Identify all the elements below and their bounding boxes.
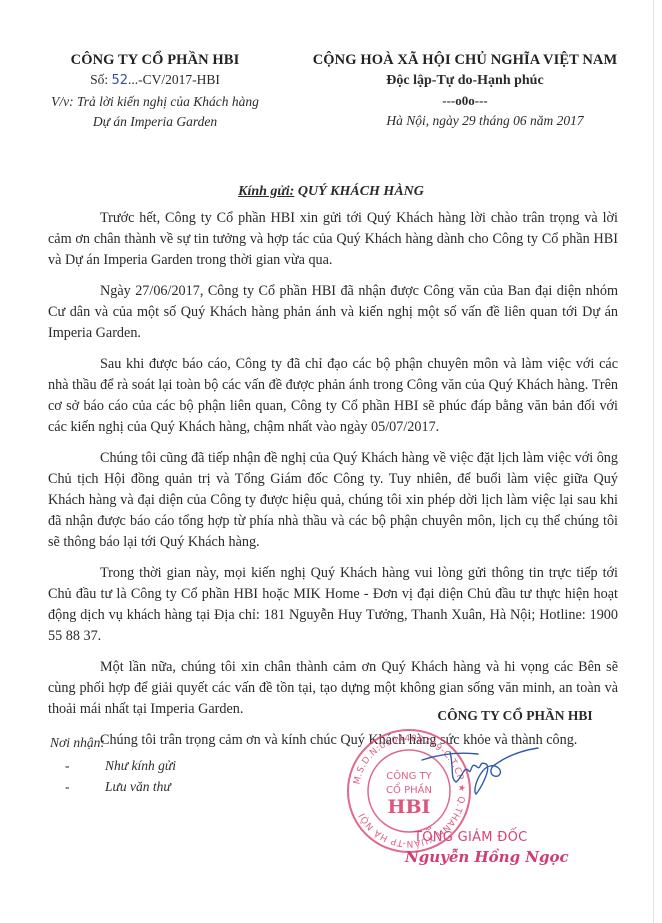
salutation-label: Kính gửi: <box>238 184 294 199</box>
national-motto: Độc lập-Tự do-Hạnh phúc <box>300 73 630 89</box>
recipient-item: - Như kính gửi <box>65 755 176 776</box>
signer-name: Nguyễn Hồng Ngọc <box>405 848 569 866</box>
signer-title: TỔNG GIÁM ĐỐC <box>414 830 528 845</box>
signer-company: CÔNG TY CỔ PHẦN HBI <box>420 708 610 724</box>
paragraph: Ngày 27/06/2017, Công ty Cổ phần HBI đã … <box>48 281 618 344</box>
handwritten-number: 52 <box>111 73 128 88</box>
svg-text:HBI: HBI <box>388 796 431 818</box>
nation-title: CỘNG HOÀ XÃ HỘI CHỦ NGHĨA VIỆT NAM <box>300 52 630 69</box>
paragraph: Trong thời gian này, mọi kiến nghị Quý K… <box>48 563 618 647</box>
subject-line-1: V/v: Trả lời kiến nghị của Khách hàng <box>30 92 280 112</box>
bullet-dash: - <box>65 776 105 797</box>
place-date: Hà Nội, ngày 29 tháng 06 năm 2017 <box>300 113 630 129</box>
salutation-recipient: QUÝ KHÁCH HÀNG <box>294 184 424 199</box>
subject-line-2: Dự án Imperia Garden <box>30 112 280 132</box>
document-number: Số: 52...-CV/2017-HBI <box>30 69 280 92</box>
header-left: CÔNG TY CỔ PHẦN HBI Số: 52...-CV/2017-HB… <box>30 52 280 132</box>
paragraph: Sau khi được báo cáo, Công ty đã chỉ đạo… <box>48 354 618 438</box>
company-name: CÔNG TY CỔ PHẦN HBI <box>30 52 280 69</box>
paragraph: Trước hết, Công ty Cổ phần HBI xin gửi t… <box>48 208 618 271</box>
salutation: Kính gửi: QUÝ KHÁCH HÀNG <box>0 184 662 200</box>
header-right: CỘNG HOÀ XÃ HỘI CHỦ NGHĨA VIỆT NAM Độc l… <box>300 52 630 129</box>
recipient-item: - Lưu văn thư <box>65 776 176 797</box>
handwritten-signature-icon <box>420 738 540 798</box>
page-edge-line <box>653 0 654 923</box>
bullet-dash: - <box>65 755 105 776</box>
separator: ---o0o--- <box>300 93 630 109</box>
paragraph: Chúng tôi cũng đã tiếp nhận đề nghị của … <box>48 448 618 553</box>
letter-body: Trước hết, Công ty Cổ phần HBI xin gửi t… <box>48 208 618 761</box>
recipients-label: Nơi nhận: <box>50 735 176 751</box>
recipients-block: Nơi nhận: - Như kính gửi - Lưu văn thư <box>50 735 176 797</box>
